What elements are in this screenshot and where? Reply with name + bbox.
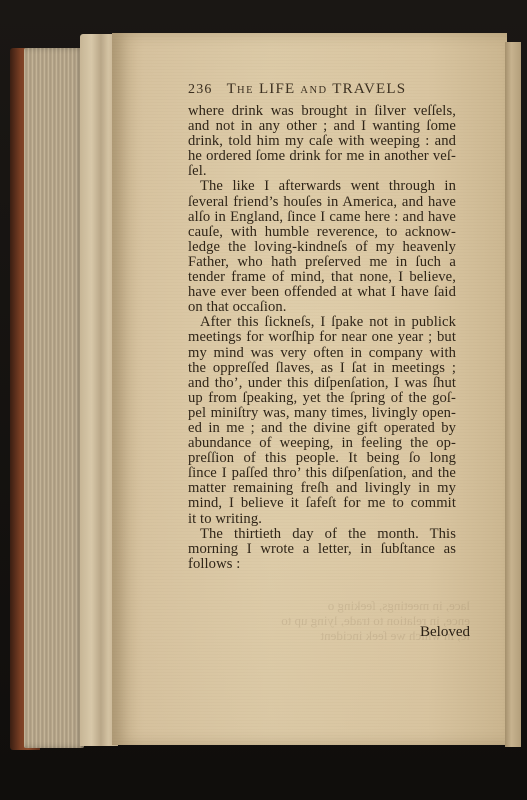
running-head-title: THE LIFE AND TRAVELS <box>227 82 407 98</box>
text-line: my mind was very often in company with <box>188 346 456 361</box>
text-line: and not in any other ; and I wanting ſom… <box>188 119 456 134</box>
text-line: abundance of weeping, in feeling the op- <box>188 436 456 451</box>
text-line: Father, who hath preſerved me in ſuch a <box>188 255 456 270</box>
head-word-travels: TRAVELS <box>332 81 406 97</box>
text-line: ledge the loving-kindneſs of my heavenly <box>188 240 456 255</box>
text-line: alſo in England, ſince I came here : and… <box>188 210 456 225</box>
text-line: it to writing. <box>188 512 456 527</box>
text-line: where drink was brought in ſilver veſſel… <box>188 104 456 119</box>
head-word-and: AND <box>300 85 327 96</box>
running-head: 236 THE LIFE AND TRAVELS <box>188 82 456 104</box>
head-the-cap: T <box>227 81 237 97</box>
page-text-block: 236 THE LIFE AND TRAVELS where drink was… <box>188 82 456 572</box>
text-line: matter remaining freſh and livingly in m… <box>188 481 456 496</box>
text-line: drink, told him my caſe with weeping : a… <box>188 134 456 149</box>
head-the-rest: HE <box>237 85 254 96</box>
text-line: ed in me ; and the divine gift operated … <box>188 421 456 436</box>
text-line: mind, I believe it ſafeſt for me to comm… <box>188 496 456 511</box>
text-line: pel miniſtry was, many times, livingly o… <box>188 406 456 421</box>
text-line: the oppreſſed ſlaves, as I ſat in meetin… <box>188 361 456 376</box>
head-word-the: THE <box>227 81 254 97</box>
book-scan-scene: lace, in meetings, ſeeking o ence, in re… <box>0 0 527 800</box>
page-right-edge <box>505 42 521 747</box>
text-line: meetings for worſhip for near one year ;… <box>188 330 456 345</box>
text-line: up from ſpeaking, yet the ſpring of the … <box>188 391 456 406</box>
text-line: preſſion of this people. It being ſo lon… <box>188 451 456 466</box>
page-number: 236 <box>188 82 213 97</box>
text-line: tender frame of mind, that none, I belie… <box>188 270 456 285</box>
text-line: ſeveral friend’s houſes in America, and … <box>188 195 456 210</box>
text-line: ſel. <box>188 164 456 179</box>
text-line: The thirtieth day of the month. This <box>188 527 456 542</box>
text-line: ſince I paſſed thro’ this diſpenſation, … <box>188 466 456 481</box>
catchword: Beloved <box>420 624 470 641</box>
text-line: on that occaſion. <box>188 300 456 315</box>
text-line: follows : <box>188 557 456 572</box>
text-line: and tho’, under this diſpenſation, I was… <box>188 376 456 391</box>
head-word-life: LIFE <box>259 81 295 97</box>
show-through-line: lace, in meetings, ſeeking o <box>250 598 470 613</box>
text-line: The like I afterwards went through in <box>188 179 456 194</box>
text-line: have ever been offended at what I have ſ… <box>188 285 456 300</box>
text-line: After this ſickneſs, I ſpake not in publ… <box>188 315 456 330</box>
text-line: he ordered ſome drink for me in another … <box>188 149 456 164</box>
text-line: cauſe, with humble reverence, to acknow- <box>188 225 456 240</box>
page-stack-fore-edge <box>24 48 84 748</box>
text-line: morning I wrote a letter, in ſubſtance a… <box>188 542 456 557</box>
